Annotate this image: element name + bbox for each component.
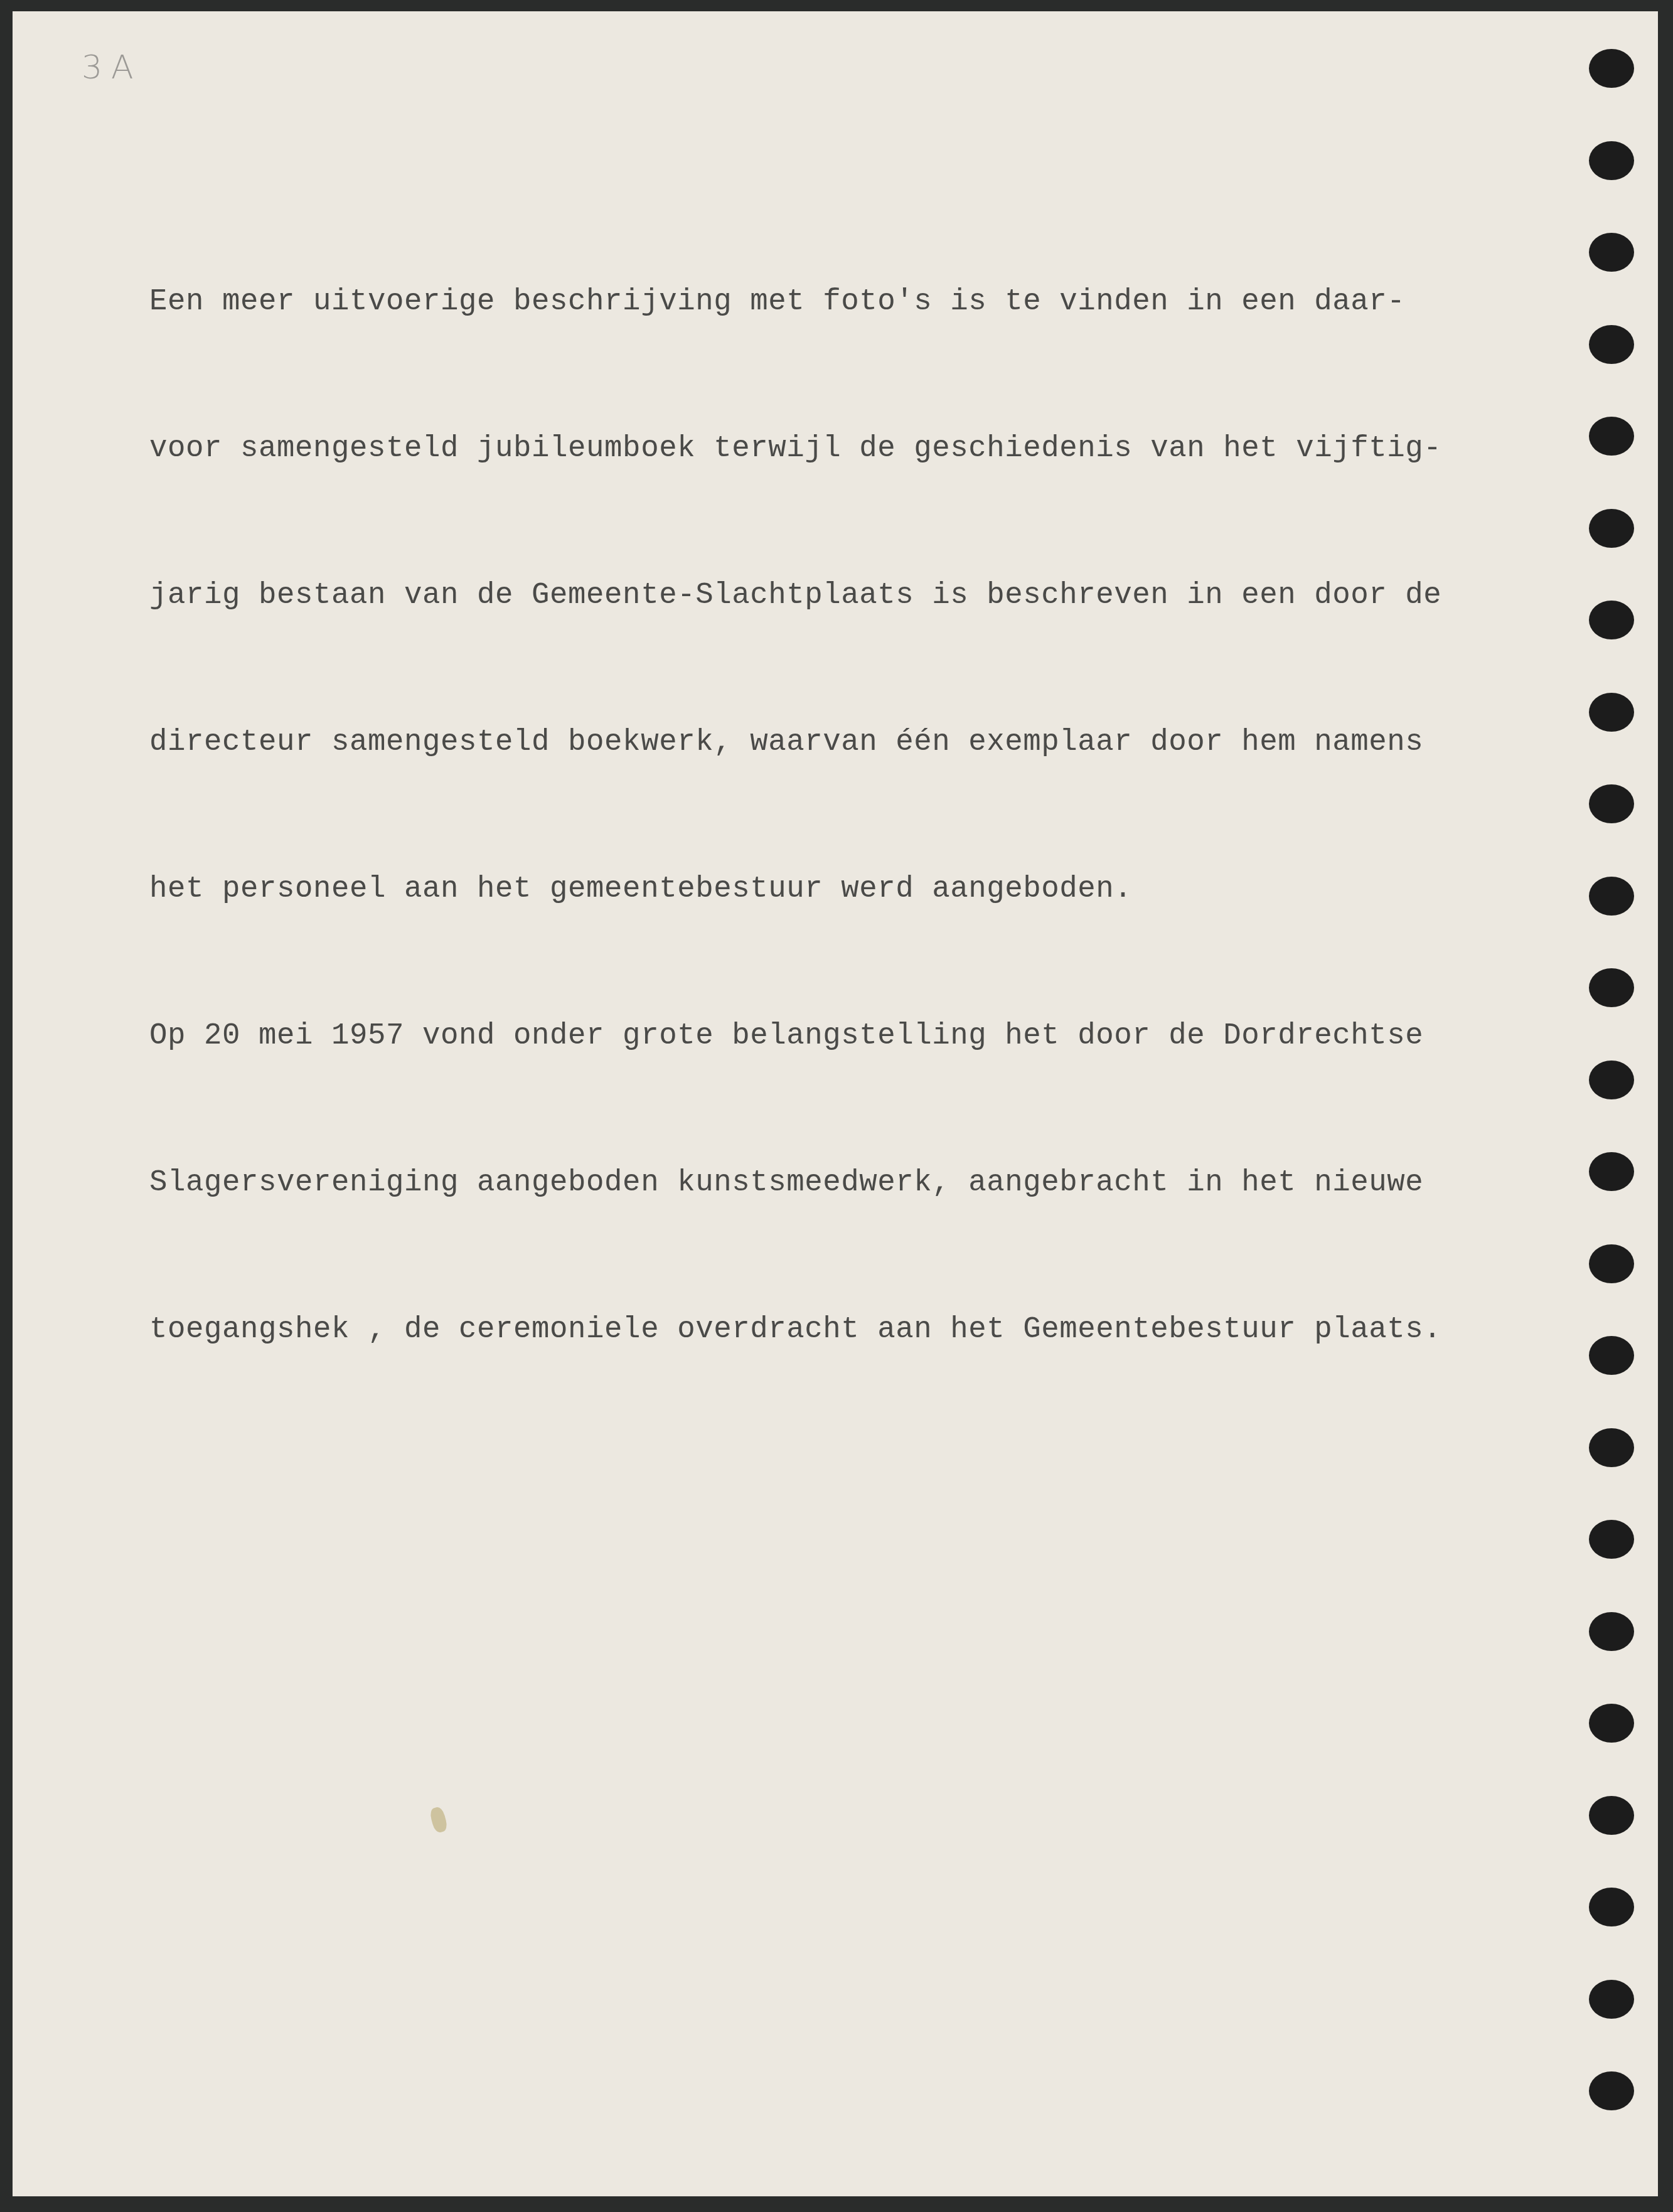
text-line: Op 20 mei 1957 vond onder grote belangst… [149,1012,1555,1061]
text-line: voor samengesteld jubileumboek terwijl d… [149,424,1555,473]
text-line: Slagersvereniging aangeboden kunstsmeedw… [149,1158,1555,1207]
text-line: het personeel aan het gemeentebestuur we… [149,865,1555,914]
document-page: 3A Een meer uitvoerige beschrijving met … [13,11,1658,2196]
text-line: Een meer uitvoerige beschrijving met fot… [149,277,1555,326]
text-line: directeur samengesteld boekwerk, waarvan… [149,718,1555,767]
text-line: toegangshek , de ceremoniele overdracht … [149,1305,1555,1354]
handwritten-page-number: 3A [82,49,142,87]
text-line: jarig bestaan van de Gemeente-Slachtplaa… [149,571,1555,620]
paper-stain [429,1806,449,1834]
typewritten-paragraph: Een meer uitvoerige beschrijving met fot… [149,179,1555,1452]
